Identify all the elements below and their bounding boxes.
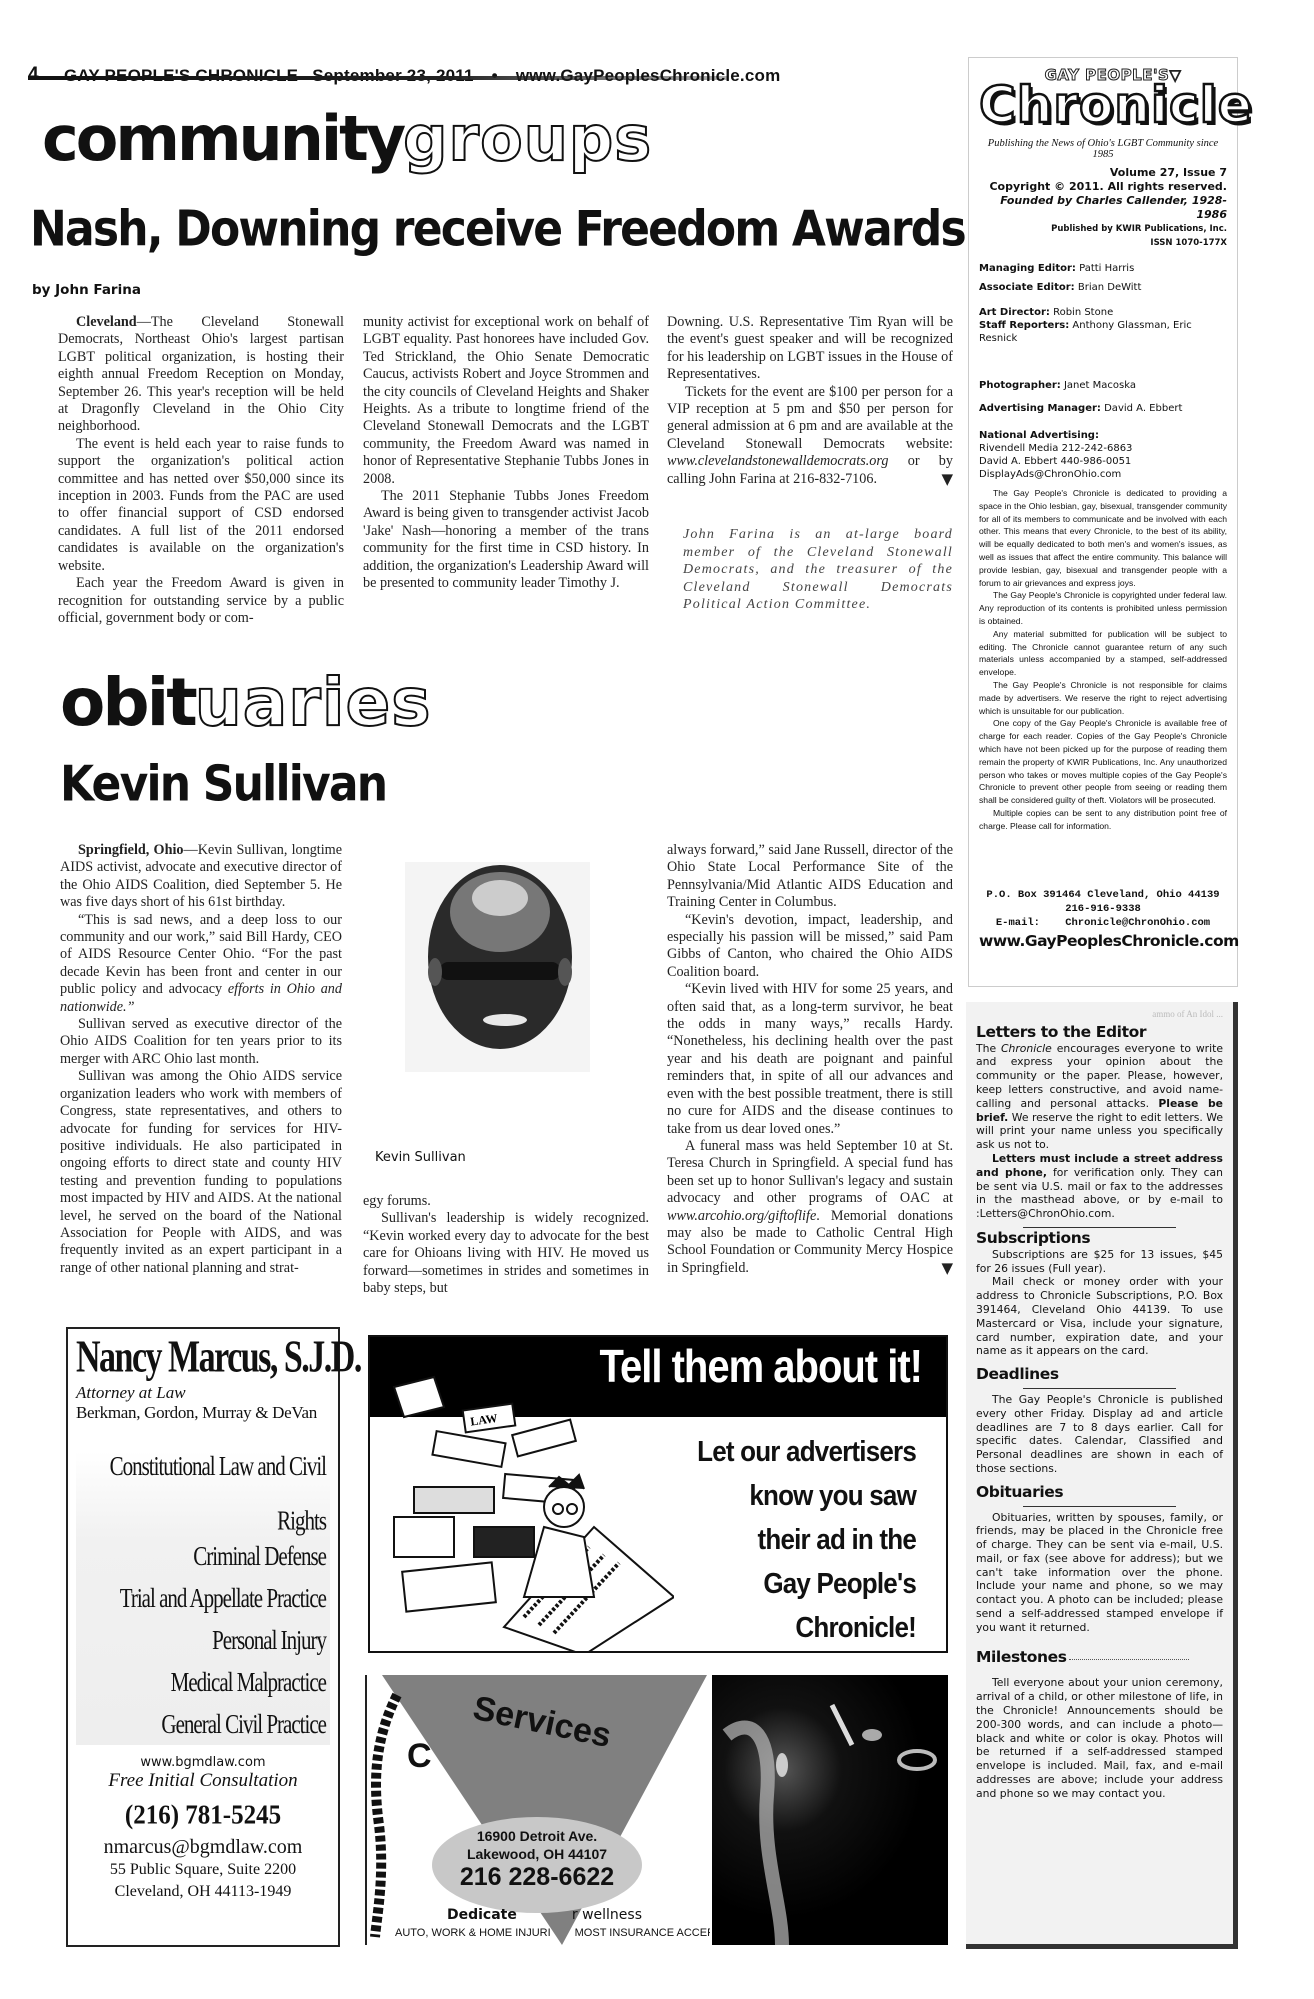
bleed-through-text: ammo of An Idol ... [976, 1008, 1223, 1022]
house-ad-body: Let our advertisers know you saw their a… [697, 1429, 916, 1649]
chiro-slogan: Dedicater wellness [447, 1907, 642, 1923]
letters-heading: Letters to the Editor [976, 1026, 1223, 1040]
obituary-column-3: always forward,” said Jane Russell, dire… [667, 842, 953, 1277]
staff-item: Managing Editor: Patti Harris [979, 262, 1227, 275]
copyright: Copyright © 2011. All rights reserved. [979, 180, 1227, 194]
law-address-2: Cleveland, OH 44113-1949 [76, 1881, 330, 1903]
divider [1023, 1227, 1176, 1228]
end-mark-icon: ▼ [923, 471, 953, 488]
staff-item: Art Director: Robin Stone [979, 306, 1227, 319]
obituary-headline: Kevin Sullivan [60, 760, 386, 809]
issn: ISSN 1070-177X [979, 236, 1227, 250]
paragraph: The 2011 Stephanie Tubbs Jones Freedom A… [363, 488, 649, 592]
section-title-solid: community [42, 102, 403, 175]
page-number: 4 [28, 64, 50, 86]
obituary-column-1: Springfield, Ohio—Kevin Sullivan, longti… [60, 842, 342, 1277]
obituaries-heading: Obituaries [976, 1486, 1223, 1500]
dateline: Cleveland [76, 314, 137, 330]
chiro-phone: 216 228-6622 [437, 1863, 637, 1891]
staff-item: Photographer: Janet Macoska [979, 379, 1227, 392]
founder: Founded by Charles Callender, 1928-1986 [979, 194, 1227, 222]
staff-list: Managing Editor: Patti Harris Associate … [979, 262, 1227, 481]
portrait-icon [405, 862, 590, 1072]
phone-number: 216-916-9338 [979, 902, 1227, 916]
section-title-outline: groups [403, 102, 652, 175]
paragraph: “Kevin's devotion, impact, leadership, a… [667, 912, 953, 982]
masthead-website-link[interactable]: www.GayPeoplesChronicle.com [979, 932, 1227, 950]
paragraph: The Chronicle encourages everyone to wri… [976, 1042, 1223, 1152]
divider [1023, 1388, 1176, 1389]
masthead-tagline: Publishing the News of Ohio's LGBT Commu… [979, 138, 1227, 160]
practice-areas: Constitutional Law and Civil Rights Crim… [76, 1451, 330, 1745]
end-mark-icon: ▼ [923, 1260, 953, 1277]
deadlines-heading: Deadlines [976, 1368, 1223, 1382]
masthead-contact: P.O. Box 391464 Cleveland, Ohio 44139 21… [979, 888, 1227, 930]
dateline: Springfield, Ohio [78, 842, 184, 858]
community-column-3: Downing. U.S. Representative Tim Ryan wi… [667, 314, 953, 488]
staff-item: Associate Editor: Brian DeWitt [979, 281, 1227, 294]
paragraph: Sullivan's leadership is widely recogniz… [363, 1210, 649, 1297]
paragraph: A funeral mass was held September 10 at … [667, 1138, 953, 1277]
publisher: Published by KWIR Publications, Inc. [979, 222, 1227, 236]
paragraph: “Kevin lived with HIV for some 25 years,… [667, 981, 953, 1138]
subscriptions-heading: Subscriptions [976, 1232, 1223, 1246]
paragraph: egy forums. [363, 1193, 649, 1210]
author-tagline: John Farina is an at-large board member … [683, 526, 953, 614]
paragraph: Downing. U.S. Representative Tim Ryan wi… [667, 314, 953, 384]
milestones-heading: Milestones [976, 1651, 1067, 1665]
divider [1069, 1659, 1189, 1660]
paragraph: Obituaries, written by spouses, family, … [976, 1511, 1223, 1635]
attorney-title: Attorney at Law [76, 1383, 330, 1403]
section-title-obituaries: obituaries [60, 670, 432, 736]
article-byline: by John Farina [32, 282, 141, 298]
attorney-name: Nancy Marcus, S.J.D. [76, 1335, 330, 1381]
volume-issue: Volume 27, Issue 7 [979, 166, 1227, 180]
divider [1023, 1506, 1176, 1507]
law-phone: (216) 781-5245 [76, 1801, 330, 1832]
masthead-about: The Gay People's Chronicle is dedicated … [979, 487, 1227, 833]
staff-item: Advertising Manager: David A. Ebbert [979, 402, 1227, 415]
law-address-1: 55 Public Square, Suite 2200 [76, 1859, 330, 1881]
postal-address: P.O. Box 391464 Cleveland, Ohio 44139 [979, 888, 1227, 902]
website-link[interactable]: www.clevelandstonewalldemocrats.org [667, 453, 888, 469]
running-header: 4 GAY PEOPLE'S CHRONICLE September 23, 2… [28, 56, 958, 86]
paragraph: Sullivan was among the Ohio AIDS service… [60, 1068, 342, 1277]
paragraph: Tickets for the event are $100 per perso… [667, 384, 953, 488]
abstract-photo-icon [712, 1675, 948, 1945]
chiropractic-ad: Services C 16900 Detroit Ave. Lakewood, … [365, 1675, 710, 1945]
staff-item: Staff Reporters: Anthony Glassman, Eric … [979, 319, 1227, 345]
section-title-community-groups: communitygroups [42, 108, 652, 170]
obituary-column-2: egy forums. Sullivan's leadership is wid… [363, 1193, 649, 1297]
community-column-2: munity activist for exceptional work on … [363, 314, 649, 593]
consultation-offer: Free Initial Consultation [76, 1770, 330, 1792]
paragraph: Subscriptions are $25 for 13 issues, $45… [976, 1248, 1223, 1276]
photo-caption: Kevin Sullivan [375, 1150, 466, 1165]
community-column-1: Cleveland—The Cleveland Stonewall Democr… [58, 314, 344, 627]
email-link[interactable]: Chronicle@ChronOhio.com [1065, 917, 1210, 929]
law-firm-ad: Nancy Marcus, S.J.D. Attorney at Law Ber… [66, 1327, 340, 1947]
dark-photo-ad [712, 1675, 948, 1945]
paragraph: Sullivan served as executive director of… [60, 1016, 342, 1068]
chiro-address: 16900 Detroit Ave. Lakewood, OH 44107 21… [437, 1827, 637, 1891]
chronicle-logo: Chronicle [979, 80, 1227, 130]
chiro-footer: AUTO, WORK & HOME INJURIMOST INSURANCE A… [395, 1927, 710, 1939]
paragraph: The event is held each year to raise fun… [58, 436, 344, 575]
reader-with-books-illustration-icon: LAW [374, 1367, 674, 1653]
paragraph: Mail check or money order with your addr… [976, 1275, 1223, 1358]
tell-them-house-ad: Tell them about it! LAW Let our advertis… [368, 1335, 948, 1653]
paragraph: Letters must include a street address an… [976, 1152, 1223, 1221]
article-headline: Nash, Downing receive Freedom Awards [30, 205, 965, 254]
law-website-link[interactable]: www.bgmdlaw.com [76, 1755, 330, 1770]
paragraph: “This is sad news, and a deep loss to ou… [60, 912, 342, 1016]
donation-link[interactable]: www.arcohio.org/giftoflife [667, 1208, 816, 1224]
reader-info-box: ammo of An Idol ... Letters to the Edito… [966, 1002, 1238, 1949]
paragraph: always forward,” said Jane Russell, dire… [667, 842, 953, 912]
paragraph: The Gay People's Chronicle is published … [976, 1393, 1223, 1476]
masthead: GAY PEOPLE'S▽ Chronicle Publishing the N… [968, 57, 1238, 987]
law-email-link[interactable]: nmarcus@bgmdlaw.com [76, 1836, 330, 1859]
paragraph: munity activist for exceptional work on … [363, 314, 649, 488]
paragraph: Tell everyone about your union ceremony,… [976, 1676, 1223, 1800]
firm-name: Berkman, Gordon, Murray & DeVan [76, 1403, 330, 1423]
header-rule [28, 76, 728, 80]
paragraph: Each year the Freedom Award is given in … [58, 575, 344, 627]
national-advertising-label: National Advertising: [979, 430, 1099, 441]
kevin-sullivan-photo [405, 862, 590, 1072]
display-ads-email[interactable]: DisplayAds@ChronOhio.com [979, 468, 1227, 481]
